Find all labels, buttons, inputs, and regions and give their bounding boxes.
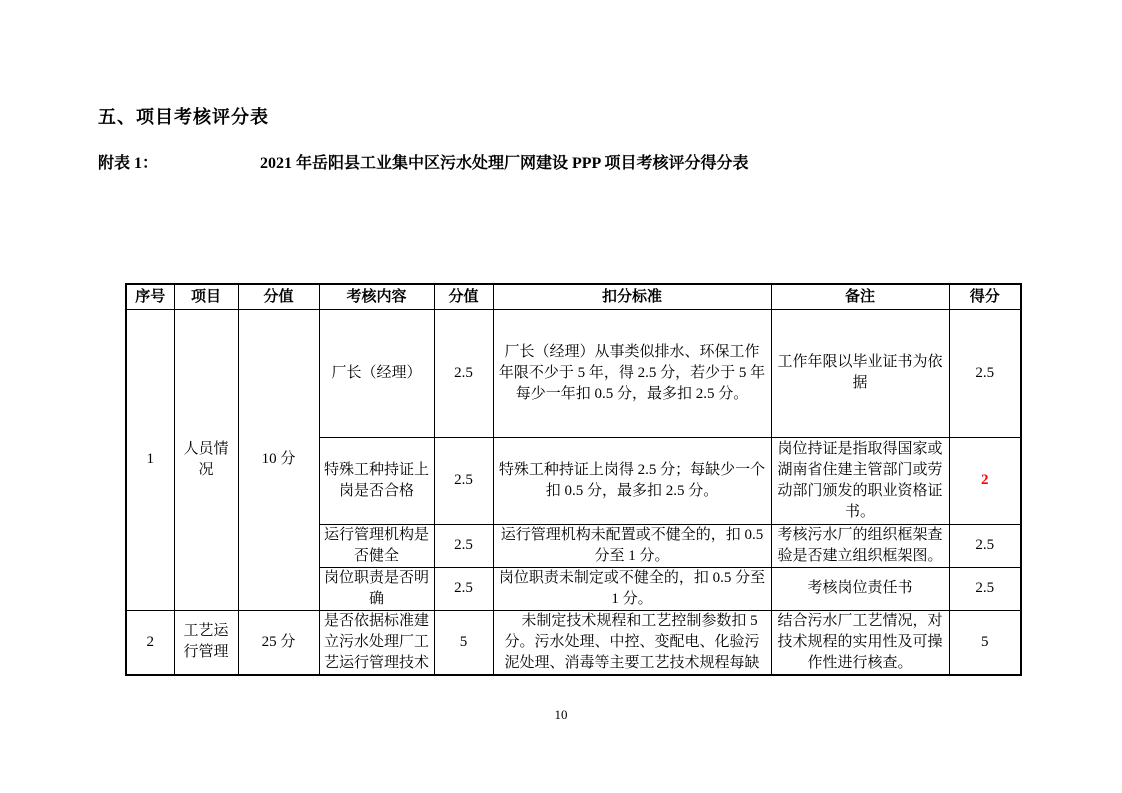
cell-result: 2.5: [949, 309, 1021, 437]
table-header-row: 序号 项目 分值 考核内容 分值 扣分标准 备注 得分: [126, 284, 1021, 309]
cell-index: 1: [126, 309, 174, 610]
cell-deduction-standard: 厂长（经理）从事类似排水、环保工作年限不少于 5 年，得 2.5 分，若少于 5…: [493, 309, 771, 437]
cell-score: 2.5: [434, 524, 493, 567]
cell-result: 5: [949, 610, 1021, 675]
table-row: 2 工艺运行管理 25 分 是否依据标准建立污水处理厂工艺运行管理技术 5 未制…: [126, 610, 1021, 675]
header-cell-content: 考核内容: [319, 284, 434, 309]
cell-remark: 考核岗位责任书: [771, 567, 949, 610]
cell-total-score: 25 分: [238, 610, 319, 675]
cell-remark: 考核污水厂的组织框架查验是否建立组织框架图。: [771, 524, 949, 567]
cell-score: 2.5: [434, 309, 493, 437]
cell-content: 运行管理机构是否健全: [319, 524, 434, 567]
cell-deduction-standard: 特殊工种持证上岗得 2.5 分；每缺少一个扣 0.5 分，最多扣 2.5 分。: [493, 437, 771, 524]
header-cell-score: 分值: [434, 284, 493, 309]
cell-index: 2: [126, 610, 174, 675]
cell-remark: 结合污水厂工艺情况，对技术规程的实用性及可操作性进行核查。: [771, 610, 949, 675]
cell-total-score: 10 分: [238, 309, 319, 610]
cell-content: 厂长（经理）: [319, 309, 434, 437]
cell-score: 5: [434, 610, 493, 675]
table-title: 2021 年岳阳县工业集中区污水处理厂网建设 PPP 项目考核评分得分表: [260, 150, 748, 173]
cell-score: 2.5: [434, 567, 493, 610]
cell-content: 是否依据标准建立污水处理厂工艺运行管理技术: [319, 610, 434, 675]
header-cell-remark: 备注: [771, 284, 949, 309]
cell-deduction-standard: 运行管理机构未配置或不健全的，扣 0.5 分至 1 分。: [493, 524, 771, 567]
header-cell-total-score: 分值: [238, 284, 319, 309]
assessment-score-table: 序号 项目 分值 考核内容 分值 扣分标准 备注 得分 1 人员情况 10 分 …: [125, 283, 1022, 676]
page-number: 10: [0, 707, 1122, 723]
section-title: 五、项目考核评分表: [98, 103, 269, 129]
header-cell-project: 项目: [174, 284, 238, 309]
document-page: 五、项目考核评分表 附表 1： 2021 年岳阳县工业集中区污水处理厂网建设 P…: [0, 0, 1122, 793]
cell-deduction-standard: 未制定技术规程和工艺控制参数扣 5 分。污水处理、中控、变配电、化验污泥处理、消…: [493, 610, 771, 675]
table-row: 1 人员情况 10 分 厂长（经理） 2.5 厂长（经理）从事类似排水、环保工作…: [126, 309, 1021, 437]
cell-project: 工艺运行管理: [174, 610, 238, 675]
header-cell-index: 序号: [126, 284, 174, 309]
appendix-label: 附表 1：: [98, 150, 158, 173]
cell-result: 2: [949, 437, 1021, 524]
header-cell-deduction-standard: 扣分标准: [493, 284, 771, 309]
cell-content: 特殊工种持证上岗是否合格: [319, 437, 434, 524]
cell-remark: 岗位持证是指取得国家或湖南省住建主管部门或劳动部门颁发的职业资格证书。: [771, 437, 949, 524]
cell-deduction-standard: 岗位职责未制定或不健全的，扣 0.5 分至 1 分。: [493, 567, 771, 610]
cell-result: 2.5: [949, 567, 1021, 610]
cell-content: 岗位职责是否明确: [319, 567, 434, 610]
cell-remark: 工作年限以毕业证书为依据: [771, 309, 949, 437]
cell-project: 人员情况: [174, 309, 238, 610]
cell-result: 2.5: [949, 524, 1021, 567]
cell-score: 2.5: [434, 437, 493, 524]
header-cell-result: 得分: [949, 284, 1021, 309]
